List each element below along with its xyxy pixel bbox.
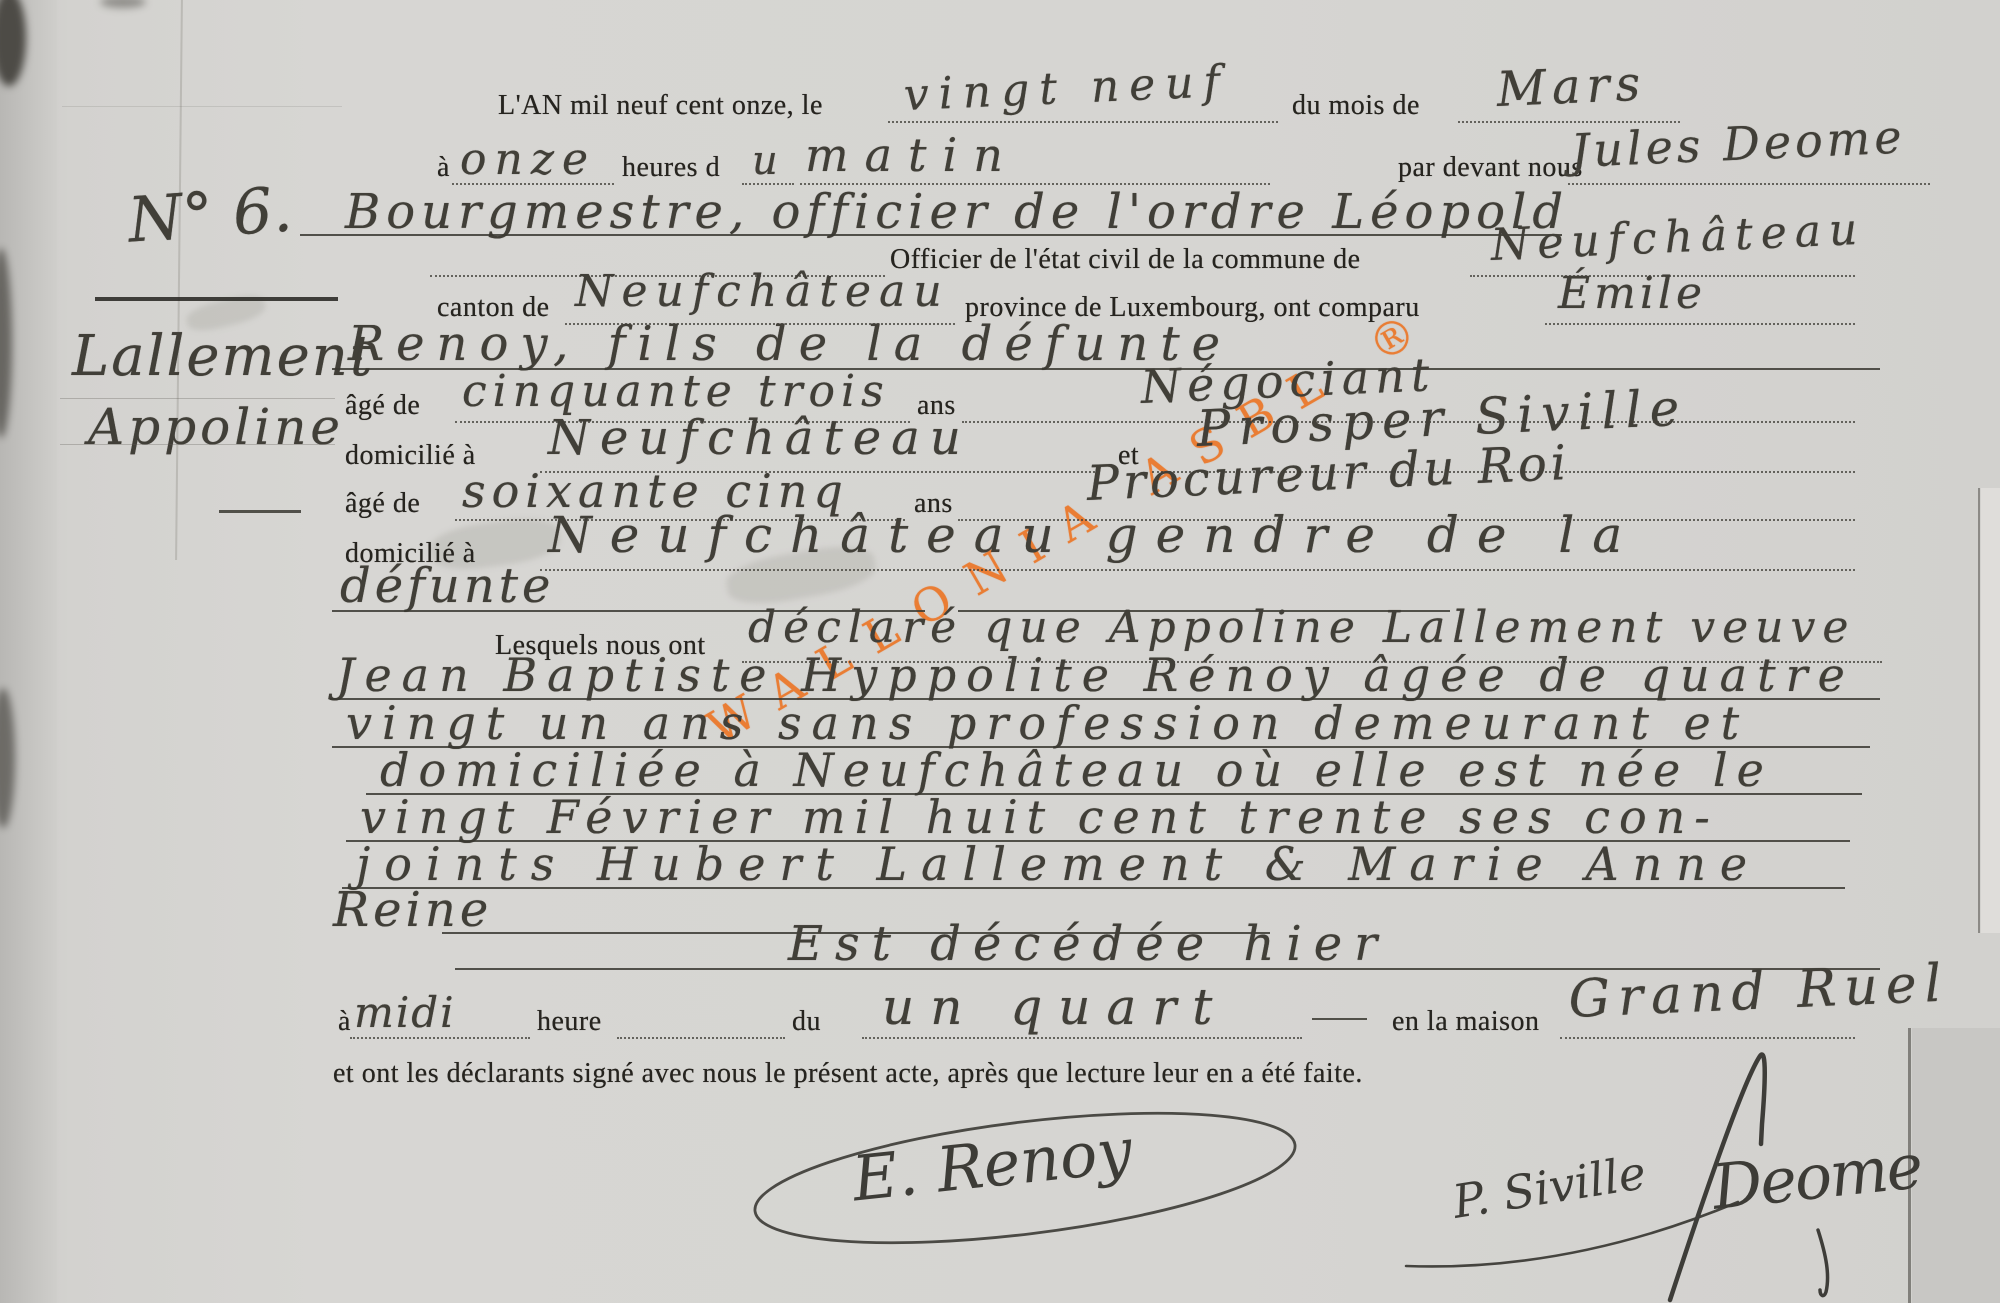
hw-officer-title: Bourgmestre, officier de l'ordre Léopold xyxy=(345,184,1569,240)
hw-month: Mars xyxy=(1496,56,1648,118)
dotted-fill-line xyxy=(1568,183,1930,185)
act-number: N° 6. xyxy=(126,172,295,256)
page-right-edge xyxy=(1978,488,1980,933)
printed-du: du xyxy=(792,1006,821,1038)
page-right-strip xyxy=(1912,1028,2000,1303)
hw-declaration-1: déclaré que Appoline Lallement veuve xyxy=(748,602,1855,653)
dotted-fill-line xyxy=(1545,323,1855,325)
hw-day: vingt neuf xyxy=(903,56,1231,121)
printed-en-la-maison: en la maison xyxy=(1392,1006,1540,1038)
hw-deces-statement: Est décédée hier xyxy=(788,916,1389,972)
page-crease xyxy=(175,0,183,560)
printed-a-heure: à xyxy=(338,1006,351,1038)
printed-closing: et ont les déclarants signé avec nous le… xyxy=(333,1058,1363,1090)
hw-defunte: défunte xyxy=(340,558,554,614)
margin-deceased-surname: Lallement xyxy=(72,324,374,389)
dotted-fill-line xyxy=(862,1037,1302,1039)
hw-declaration-7: Reine xyxy=(333,882,492,938)
page-left-edge xyxy=(0,0,57,1303)
faint-rule xyxy=(62,106,342,107)
dotted-fill-line xyxy=(617,1037,785,1039)
dotted-fill-line xyxy=(540,569,1855,571)
dotted-fill-line xyxy=(888,121,1278,123)
hw-declaration-2: Jean Baptiste Hyppolite Rénoy âgée de qu… xyxy=(336,648,1855,702)
faint-rule xyxy=(60,444,335,445)
printed-heure: heure xyxy=(537,1006,602,1038)
margin-rule xyxy=(95,297,338,301)
hw-declaration-3: vingt un ans sans profession demeurant e… xyxy=(346,696,1749,750)
hw-declarant1-domicile: Neufchâteau xyxy=(548,410,971,466)
printed-a-heures: à xyxy=(437,152,450,184)
hw-dash xyxy=(1312,1018,1367,1020)
hw-declarant2-domicile: Neufchâteau gendre de la xyxy=(548,506,1640,564)
margin-deceased-firstname: Appoline xyxy=(88,398,344,456)
printed-officier-etat-civil: Officier de l'état civil de la commune d… xyxy=(890,244,1361,276)
hw-u: u xyxy=(752,138,778,184)
printed-par-devant-nous: par devant nous xyxy=(1398,152,1583,184)
page-right-strip xyxy=(1981,488,2000,933)
hw-declaration-4: domiciliée à Neufchâteau où elle est née… xyxy=(380,743,1773,797)
hw-matin: matin xyxy=(805,128,1019,182)
printed-domicilie-a-1: domicilié à xyxy=(345,440,476,472)
hw-deces-maison: Grand Ruel xyxy=(1567,953,1950,1030)
printed-age-de-2: âgé de xyxy=(345,488,420,520)
ruled-line xyxy=(342,887,1845,889)
ruled-line xyxy=(300,234,1562,236)
hw-deces-heure: midi xyxy=(354,988,456,1037)
printed-du-mois-de: du mois de xyxy=(1292,90,1420,122)
scan-blot xyxy=(100,0,146,8)
hw-declaration-6: joints Hubert Lallement & Marie Anne xyxy=(356,837,1761,891)
hw-hour: onze xyxy=(460,134,596,185)
hw-declaration-5: vingt Février mil huit cent trente ses c… xyxy=(360,790,1719,844)
hw-declarant1-firstname: Émile xyxy=(1558,268,1706,319)
hw-declarant1-name: Renoy, fils de la défunte xyxy=(348,316,1232,372)
hw-canton: Neufchâteau xyxy=(575,266,950,317)
margin-dash xyxy=(219,510,301,513)
dotted-fill-line xyxy=(1560,1037,1855,1039)
printed-heures-d: heures d xyxy=(622,152,720,184)
hw-deces-minutes: un quart xyxy=(882,978,1228,1036)
death-record-page: WALLONIA ASBL ® N° 6. Lallement Appoline… xyxy=(0,0,2000,1303)
hw-officer-name: Jules Deome xyxy=(1570,109,1907,178)
printed-date-intro: L'AN mil neuf cent onze, le xyxy=(498,90,823,122)
dotted-fill-line xyxy=(350,1037,530,1039)
printed-age-de-1: âgé de xyxy=(345,390,420,422)
